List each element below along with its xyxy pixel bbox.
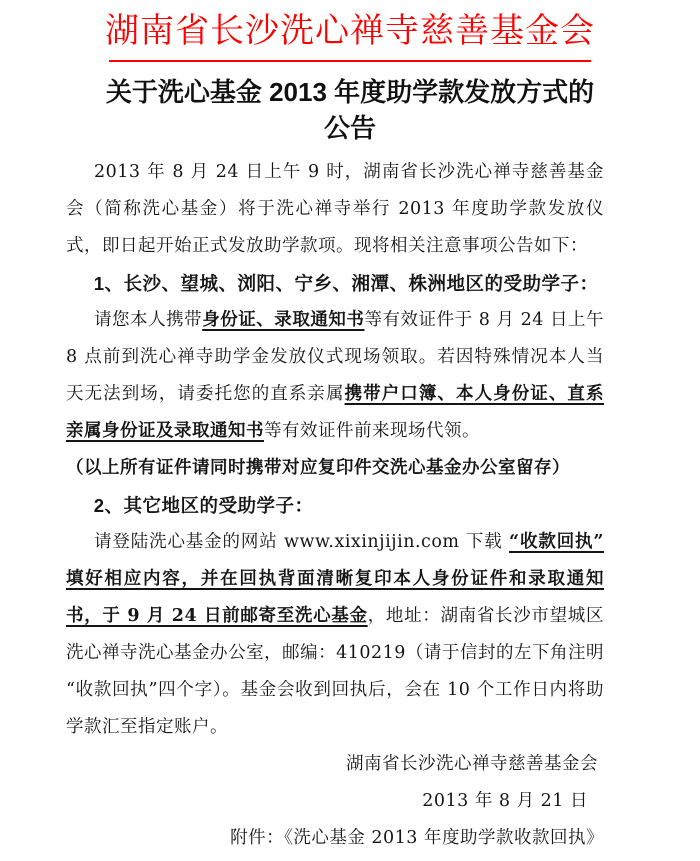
body-text: 请您本人携带	[94, 310, 202, 330]
letterhead: 湖南省长沙洗心禅寺慈善基金会	[0, 0, 700, 62]
body-text: 1、长沙、望城、浏阳、宁乡、湘潭、株洲地区的受助学子：	[94, 273, 599, 294]
document-title-line-1: 关于洗心基金 2013 年度助学款发放方式的	[0, 74, 700, 110]
header-divider	[109, 60, 591, 62]
document-title: 关于洗心基金 2013 年度助学款发放方式的 公告	[0, 74, 700, 146]
document-body: 2013 年 8 月 24 日上午 9 时，湖南省长沙洗心禅寺慈善基金会（简称洗…	[0, 154, 700, 746]
body-text: 请登陆洗心基金的网站 www.xixinjijin.com 下载	[94, 532, 509, 552]
signature-line: 湖南省长沙洗心禅寺慈善基金会	[66, 746, 604, 783]
date-line: 2013 年 8 月 21 日	[66, 783, 604, 820]
body-text: 等有效证件前来现场代领。	[264, 421, 480, 441]
section-heading-1: 1、长沙、望城、浏阳、宁乡、湘潭、株洲地区的受助学子：	[66, 265, 604, 302]
paragraph-local-students: 请您本人携带身份证、录取通知书等有效证件于 8 月 24 日上午 8 点前到洗心…	[66, 302, 604, 450]
organization-title: 湖南省长沙洗心禅寺慈善基金会	[0, 8, 700, 56]
note-line: （以上所有证件请同时携带对应复印件交洗心基金办公室留存）	[66, 450, 604, 487]
document-title-line-2: 公告	[0, 110, 700, 146]
paragraph-intro: 2013 年 8 月 24 日上午 9 时，湖南省长沙洗心禅寺慈善基金会（简称洗…	[66, 154, 604, 265]
closing-block: 湖南省长沙洗心禅寺慈善基金会 2013 年 8 月 21 日 附件：《洗心基金 …	[0, 746, 700, 857]
section-heading-2: 2、其它地区的受助学子：	[66, 487, 604, 524]
body-text: 2、其它地区的受助学子：	[94, 495, 314, 516]
announcement-page: 湖南省长沙洗心禅寺慈善基金会 关于洗心基金 2013 年度助学款发放方式的 公告…	[0, 0, 700, 861]
emphasized-text: 身份证、录取通知书	[202, 310, 364, 330]
body-text: （以上所有证件请同时携带对应复印件交洗心基金办公室留存）	[66, 458, 570, 478]
body-text: 2013 年 8 月 24 日上午 9 时，湖南省长沙洗心禅寺慈善基金会（简称洗…	[66, 162, 604, 256]
attachment-line: 附件：《洗心基金 2013 年度助学款收款回执》	[66, 820, 604, 857]
paragraph-other-regions: 请登陆洗心基金的网站 www.xixinjijin.com 下载 “收款回执”填…	[66, 524, 604, 746]
